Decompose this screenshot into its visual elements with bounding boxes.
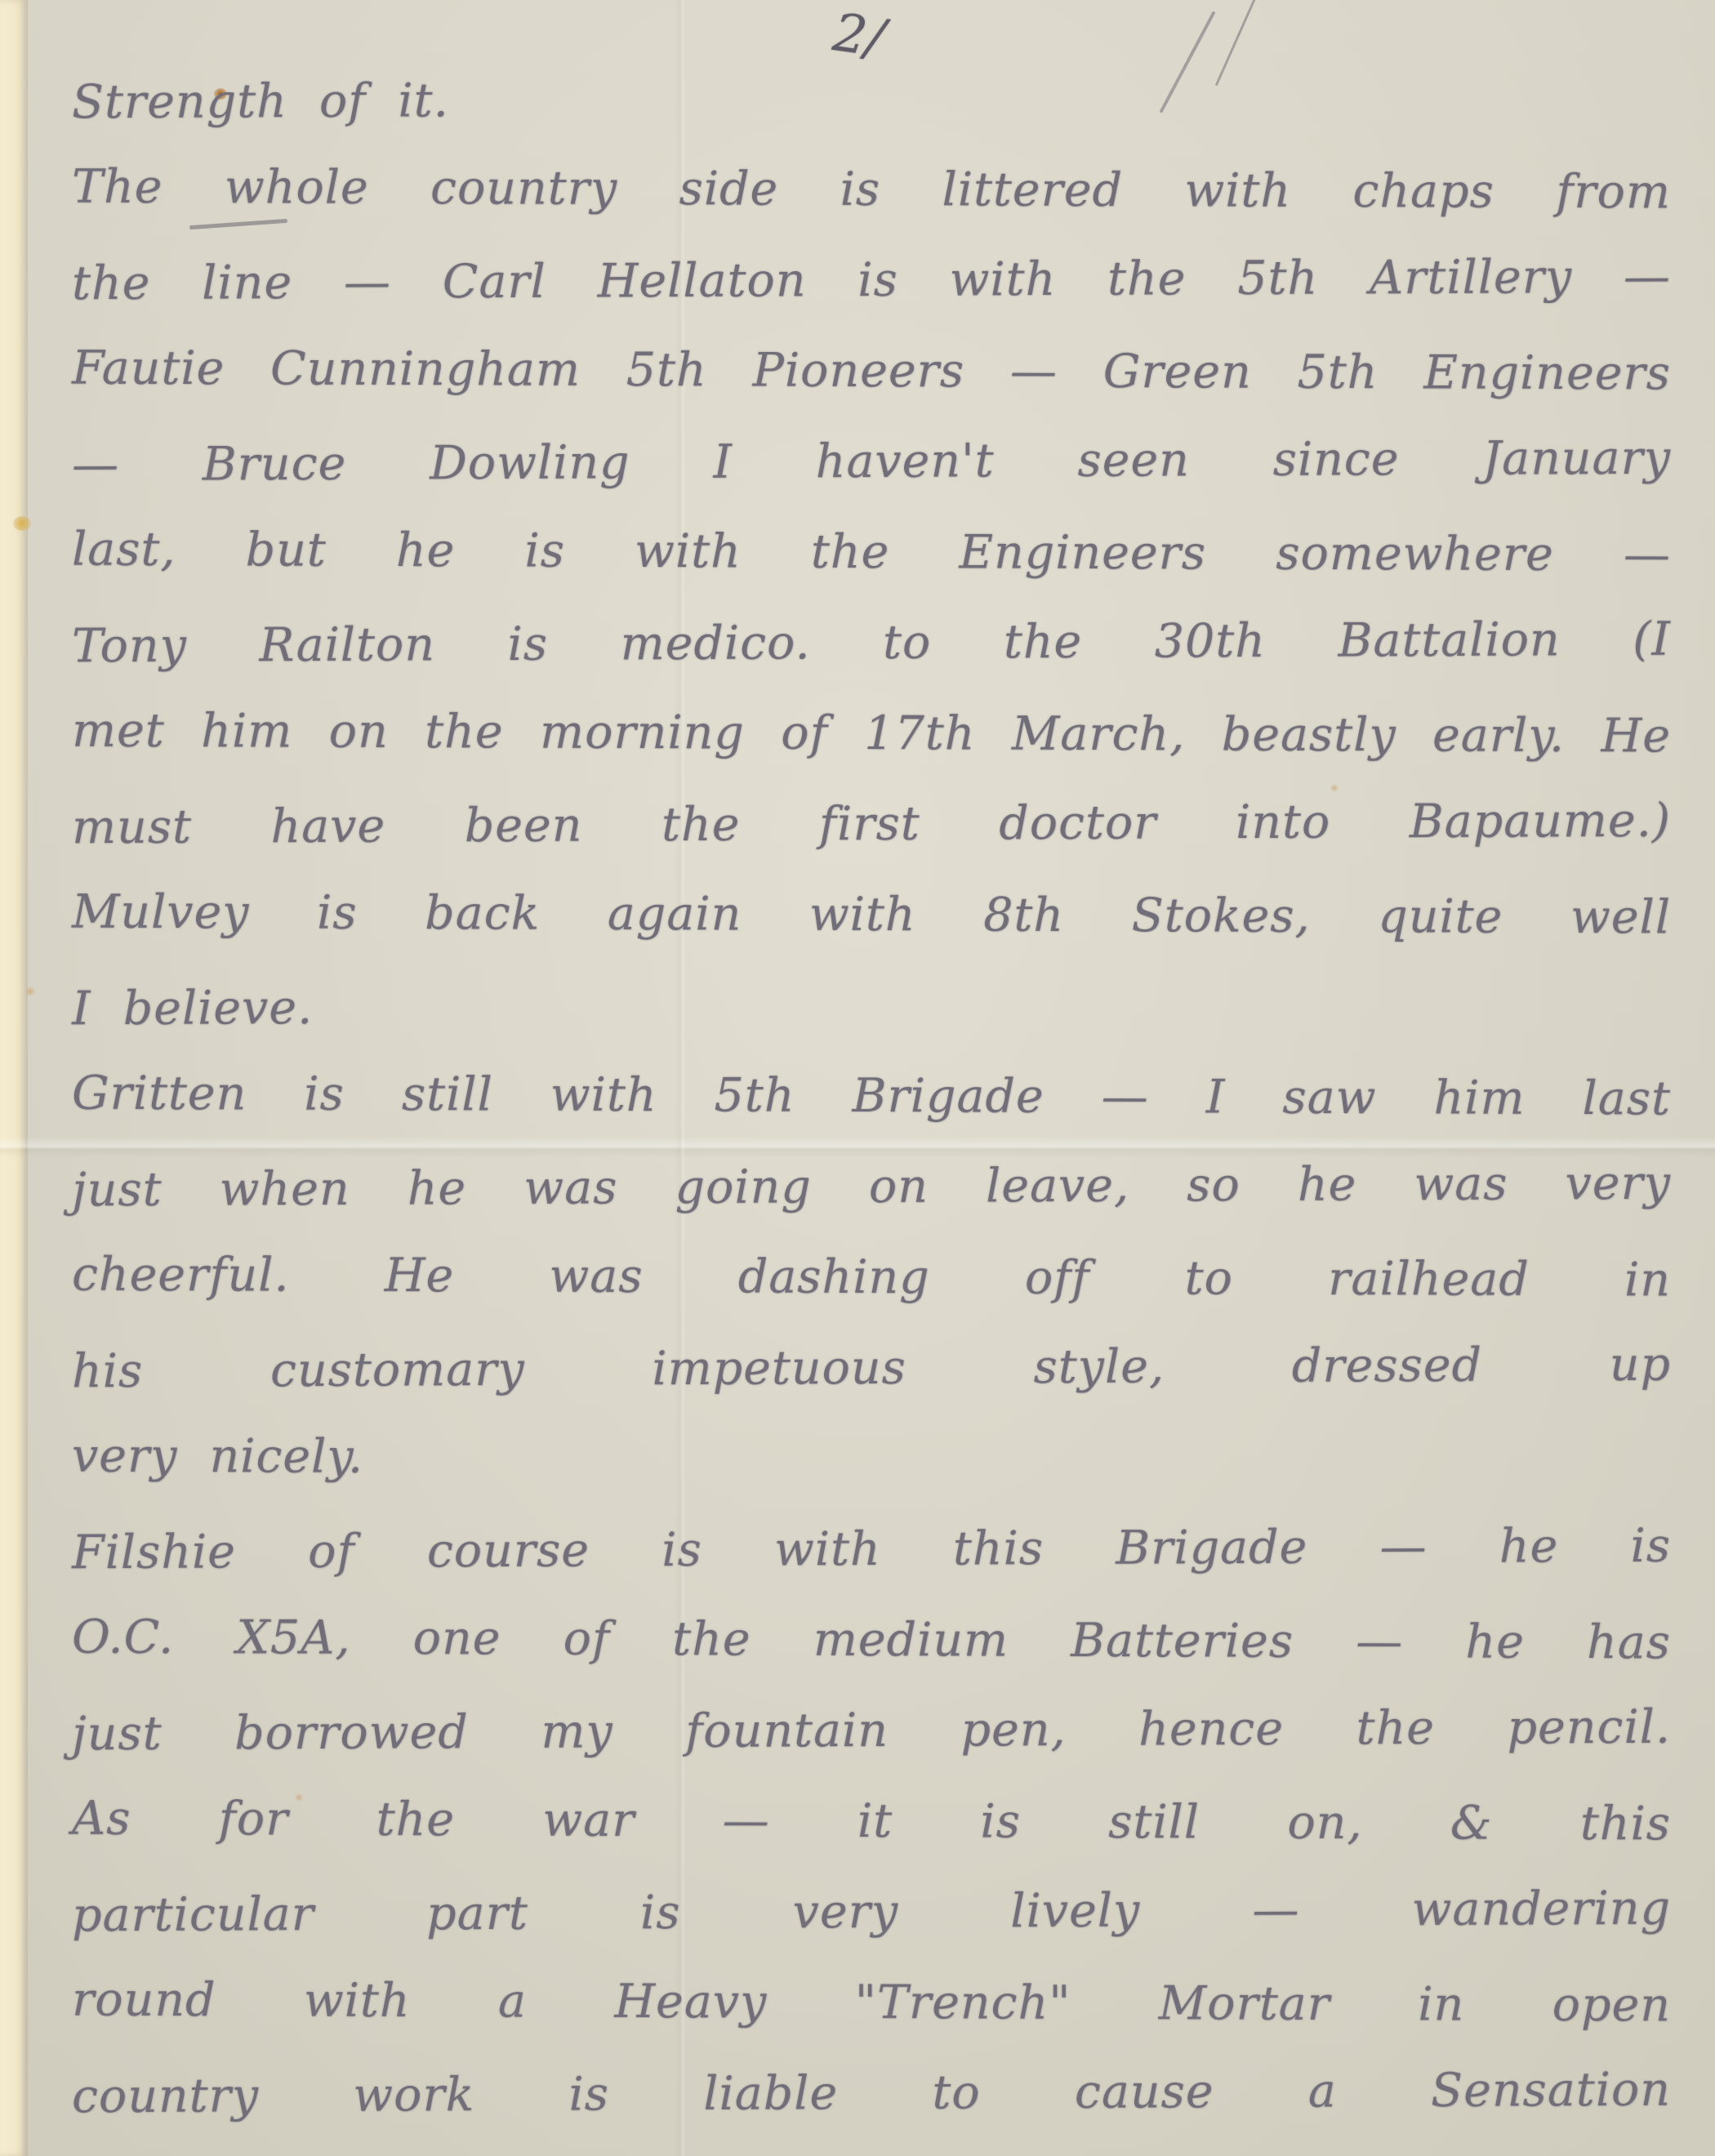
handwritten-line: — Bruce Dowling I haven't seen since Jan… [72,413,1671,511]
handwritten-line: Gritten is still with 5th Brigade — I sa… [72,1049,1671,1145]
letter-page-scan: 2/ Strength of it. The whole country sid… [0,0,1715,2156]
handwritten-line: particular part is very lively — wanderi… [72,1864,1671,1962]
backing-sheet-edge [0,0,28,2156]
handwritten-line: Mulvey is back again with 8th Stokes, qu… [72,867,1671,964]
handwritten-line: Fautie Cunningham 5th Pioneers — Green 5… [72,323,1671,420]
handwritten-line: cheerful. He was dashing off to railhead… [72,1230,1671,1326]
handwritten-line: just when he was going on leave, so he w… [72,1138,1671,1236]
handwritten-line: round with a Heavy "Trench" Mortar in op… [72,1955,1671,2051]
handwritten-line: last, but he is with the Engineers somew… [72,505,1671,601]
handwritten-line: The whole country side is littered with … [72,142,1671,238]
handwritten-line: Strength of it. [72,51,1671,149]
handwritten-line: just borrowed my fountain pen, hence the… [72,1682,1671,1780]
handwritten-line: Tony Railton is medico. to the 30th Batt… [72,595,1671,693]
handwritten-line: Filshie of course is with this Brigade —… [72,1501,1671,1599]
handwritten-line: his customary impetuous style, dressed u… [72,1320,1671,1418]
handwritten-line: As for the war — it is still on, & this [72,1774,1671,1870]
edge-stain [13,516,31,531]
handwritten-line: must have been the first doctor into Bap… [72,776,1671,874]
handwritten-line: I believe. [72,957,1671,1055]
handwritten-line: very nicely. [72,1411,1671,1508]
handwritten-line: the line — Carl Hellaton is with the 5th… [72,232,1671,330]
handwritten-line: met him on the morning of 17th March, be… [72,686,1671,782]
edge-stain [24,987,36,996]
handwritten-line: country work is liable to cause a Sensat… [72,2045,1671,2143]
letter-body: Strength of it. The whole country side i… [72,54,1671,2139]
handwritten-line: O.C. X5A, one of the medium Batteries — … [72,1592,1671,1689]
